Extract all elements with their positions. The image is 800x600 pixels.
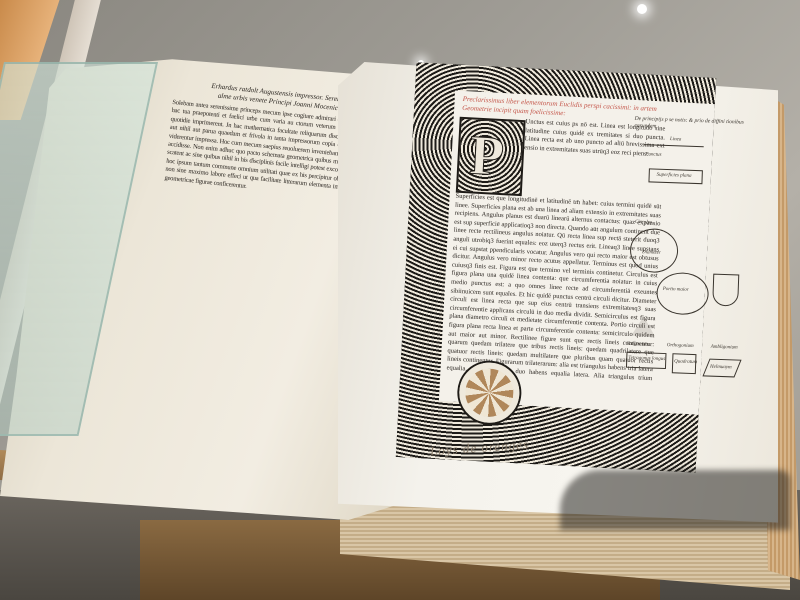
cast-shadow (560, 470, 790, 530)
line-diagram (644, 144, 704, 147)
light-reflection (637, 4, 647, 14)
decorated-initial: P (456, 117, 526, 196)
semicircle-diagram (712, 274, 739, 307)
margin-diagrams: De principijs p se notis: & prio de diff… (625, 116, 764, 390)
portio-maior-diagram (656, 272, 709, 316)
triangle-diagram (631, 316, 656, 337)
